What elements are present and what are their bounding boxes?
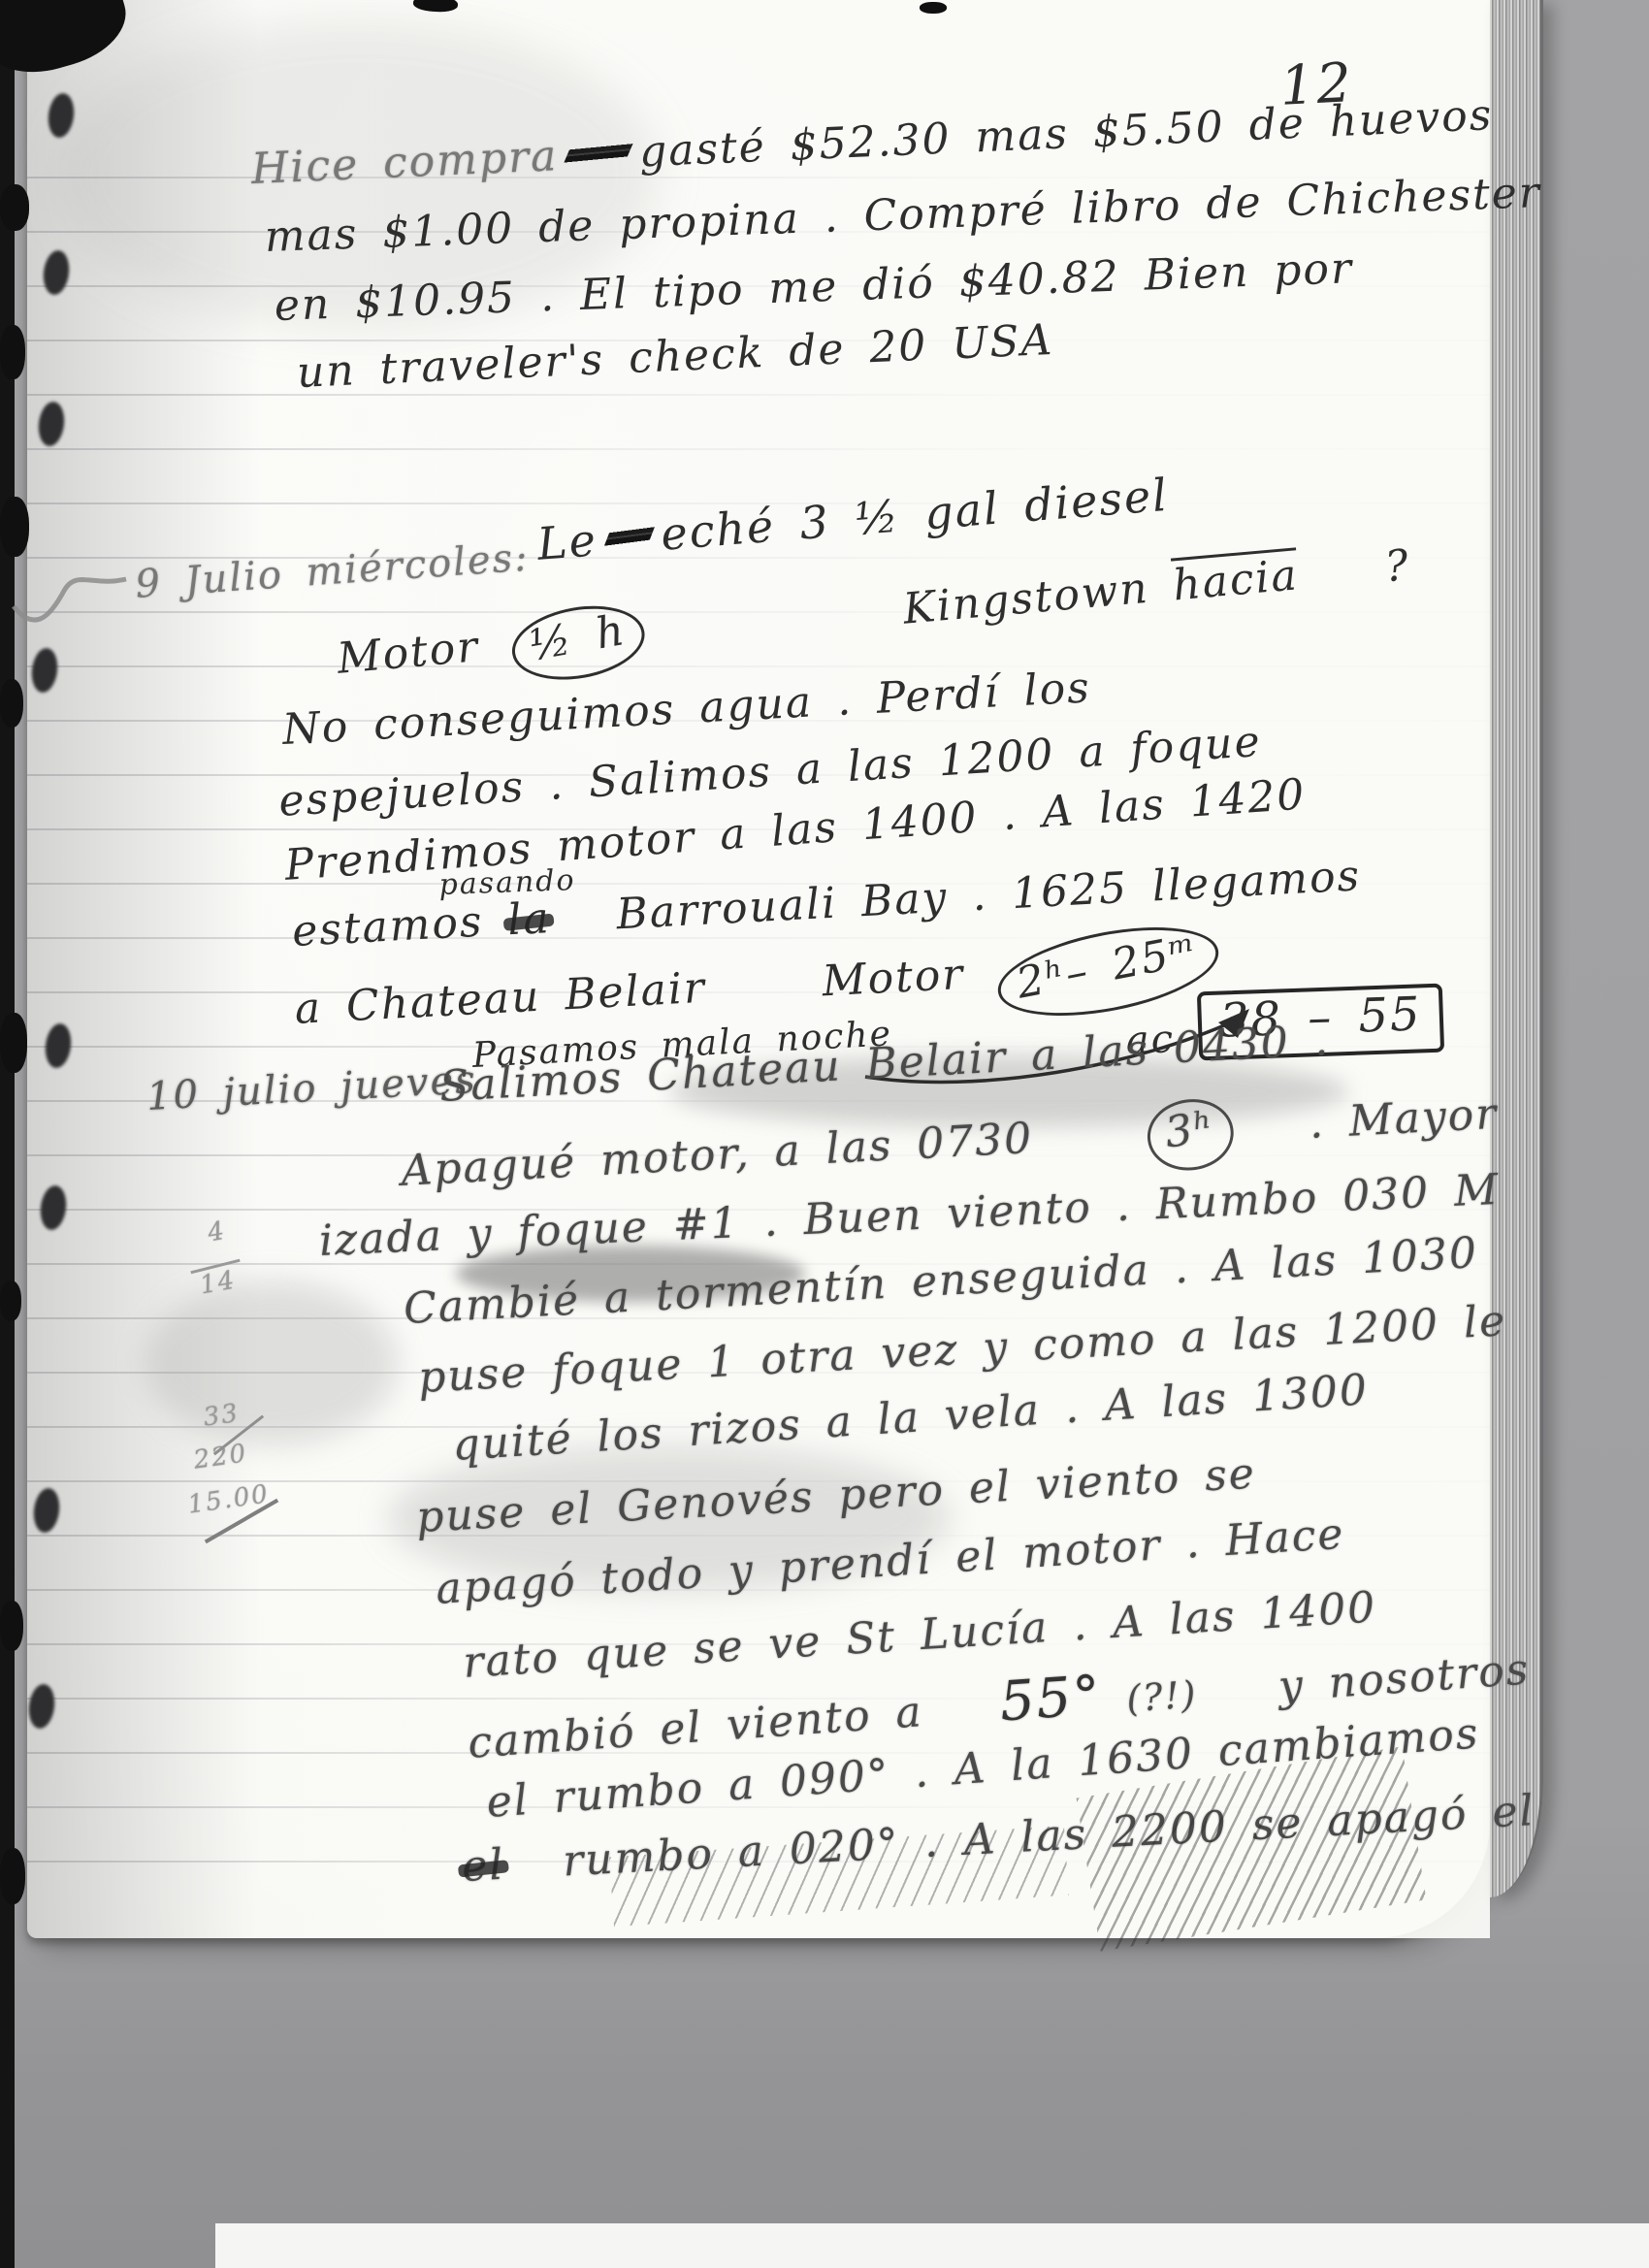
scanner-edge-mark (0, 497, 29, 557)
scribble-strikeout (563, 142, 633, 166)
page-stack-edge (1490, 0, 1543, 1897)
overlined-word: hacia (1171, 550, 1300, 610)
scanner-edge-mark (0, 679, 23, 728)
scanner-edge-mark (0, 184, 29, 231)
scanner-bottom-strip (215, 2223, 1649, 2268)
line-fragment: Le (535, 513, 599, 570)
struck-word: el (461, 1841, 506, 1893)
scribble-strikeout (602, 525, 655, 549)
line-fragment: a Chateau Belair (294, 963, 708, 1034)
scanner-edge-mark (0, 1601, 23, 1651)
line-fragment: ? (1383, 540, 1412, 592)
scanner-edge-mark (0, 1848, 25, 1904)
line-fragment: . Mayor (1308, 1089, 1499, 1149)
line-fragment: estamos (291, 897, 485, 956)
scanner-edge-mark (920, 2, 947, 14)
line-fragment: (?!) (1125, 1672, 1199, 1720)
margin-calc-1: 33 (202, 1400, 242, 1434)
scanner-edge-mark (0, 325, 25, 379)
smudge (145, 1280, 398, 1445)
line-fragment: Motor (336, 622, 482, 684)
margin-check-scribble (8, 558, 134, 645)
struck-word: la (506, 894, 552, 946)
margin-fraction-bottom: 14 (198, 1267, 239, 1302)
scanner-edge-mark (0, 1280, 21, 1321)
circled-annotation-3h: 3ʰ (1143, 1093, 1238, 1175)
scanner-edge-mark (0, 1013, 27, 1073)
scanned-notebook-page: 12 Hice compragasté $52.30 mas $5.50 de … (0, 0, 1649, 2268)
wind-degrees: 55° (998, 1664, 1105, 1733)
